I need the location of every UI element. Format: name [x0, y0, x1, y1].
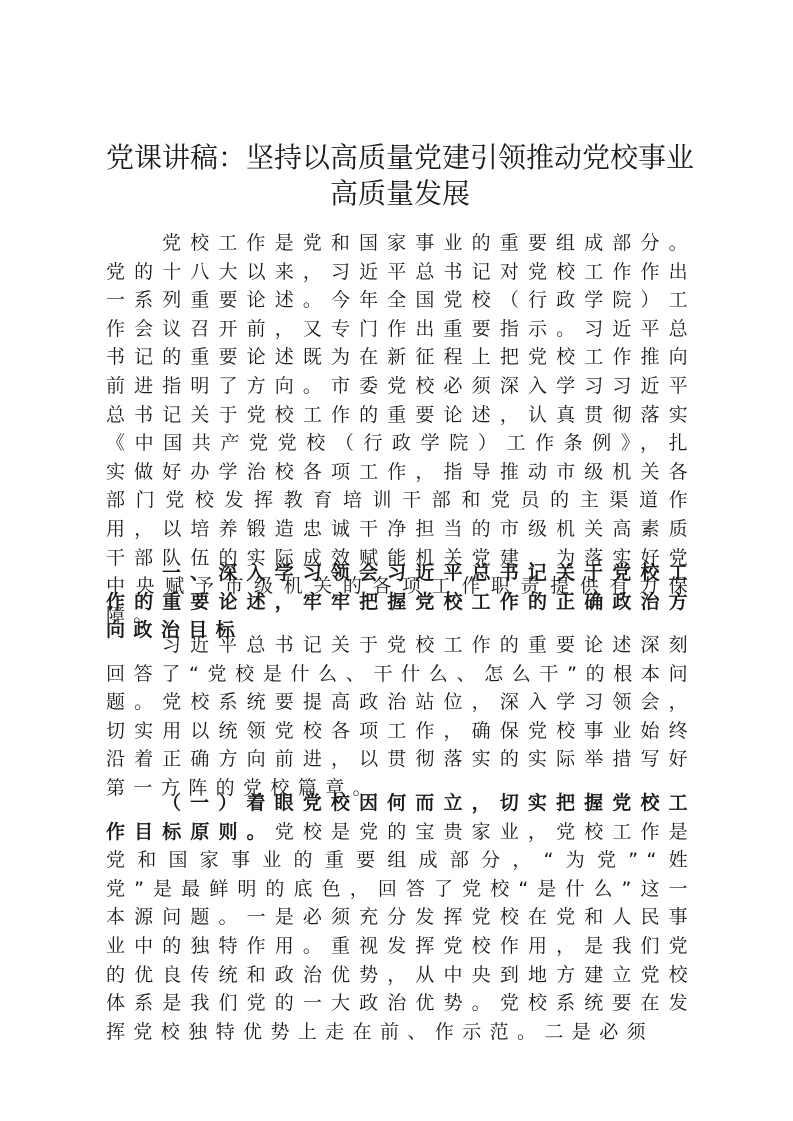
section-1-body-paragraph: 习近平总书记关于党校工作的重要论述深刻回答了“党校是什么、干什么、怎么干”的根本…: [106, 631, 696, 803]
document-title: 党课讲稿：坚持以高质量党建引领推动党校事业高质量发展: [98, 140, 702, 212]
subsection-1-text: 党校是党的宝贵家业，党校工作是党和国家事业的重要组成部分，“为党”“姓党”是最鲜…: [106, 821, 696, 1043]
subsection-1-paragraph: （一）着眼党校因何而立，切实把握党校工作目标原则。党校是党的宝贵家业，党校工作是…: [106, 789, 696, 1046]
